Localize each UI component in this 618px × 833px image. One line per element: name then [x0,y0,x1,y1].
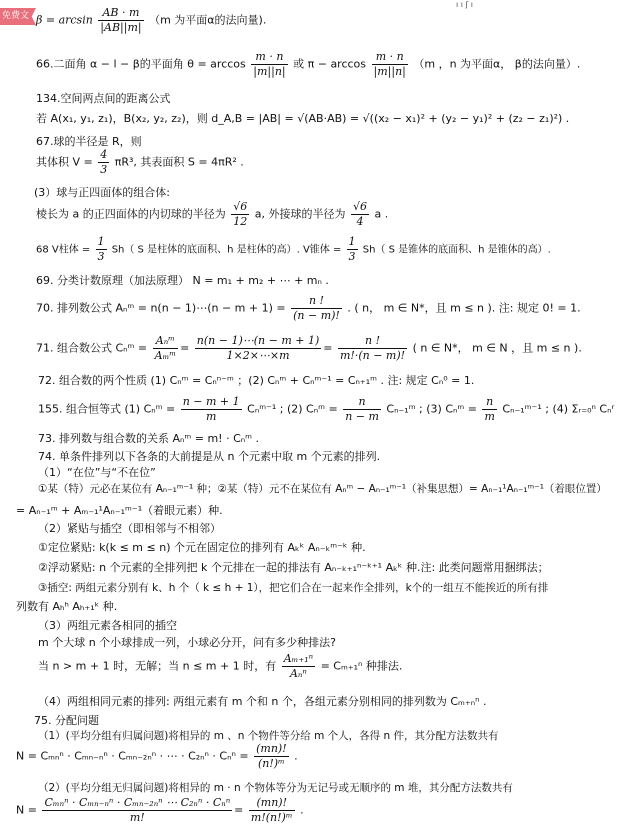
fraction: Aₘ₊₁ⁿAₙⁿ [282,652,315,681]
formula-text: 68 V柱体 = [36,245,90,256]
formula-text: 70. 排列数公式 Aₙᵐ = n(n − 1)⋯(n − m + 1) = [36,302,286,315]
formula-text: Sh（ S 是锥体的底面积、h 是锥体的高）. [363,245,551,256]
numerator: (mn)! [249,796,295,811]
formula-text: = Cₘ₊₁ⁿ 种排法. [321,660,403,673]
denominator: |m||n| [251,65,287,79]
numerator: n(n − 1)⋯(n − m + 1) [195,334,321,349]
fraction: (mn)!m!(n!)ᵐ [249,796,295,825]
fraction: √612 [231,200,249,229]
numerator: n − m + 1 [181,395,242,410]
item-74-3b: 当 n > m + 1 时，无解；当 n ≤ m + 1 时，有 Aₘ₊₁ⁿAₙ… [38,652,402,681]
numerator: 4 [98,148,109,163]
item-74-2b: ②浮动紧贴: n 个元素的全排列把 k 个元排在一起的排法有 Aₙ₋ₖ₊₁ⁿ⁻ᵏ… [38,559,549,575]
denominator: 3 [347,250,358,264]
numerator: n ! [338,334,407,349]
fraction: AₙᵐAₘᵐ [153,334,178,363]
denominator: |AB||m| [98,21,143,35]
denominator: m [181,410,242,424]
formula-text: πR³, 其表面积 S = 4πR² . [115,156,244,169]
formula-text: Cₙ₋₁ᵐ⁻¹ ; (4) Σᵣ₌₀ⁿ Cₙʳ = 2ⁿ ; [502,403,618,416]
denominator: (n!)ᵐ [254,757,289,771]
formula-text: 其体积 V = [36,156,93,169]
item-67-formula: 其体积 V = 43 πR³, 其表面积 S = 4πR² . [36,148,244,177]
item-74-1: （1）“在位”与“不在位” [38,464,156,480]
item-74-3: （3）两组元素各相同的插空 [38,617,177,633]
item-75-2: （2）(平均分组无归属问题)将相异的 m · n 个物体等分为无记号或无顺序的 … [38,780,513,795]
formula-text: β = arcsin [36,14,93,27]
denominator: 3 [96,250,107,264]
formula-text: Cₙ₋₁ᵐ ; (3) Cₙᵐ = [386,403,477,416]
section-3-title: (3）球与正四面体的组合体: [34,184,170,200]
item-155: 155. 组合恒等式 (1) Cₙᵐ = n − m + 1m Cₙᵐ⁻¹ ; … [38,395,618,424]
item-75: 75. 分配问题 [34,712,99,728]
item-74: 74. 单条件排列以下各条的大前提是从 n 个元素中取 m 个元素的排列. [38,448,380,464]
formula-text: 155. 组合恒等式 (1) Cₙᵐ = [38,403,175,416]
numerator: m · n [372,50,408,65]
formula-text: 当 n > m + 1 时，无解；当 n ≤ m + 1 时，有 [38,660,276,673]
formula-text: . [294,750,298,763]
formula-note: （m 为平面α的法向量). [149,14,266,27]
denominator: (n − m)! [291,309,342,323]
formula-text: a, 外接球的半径为 [255,208,346,221]
numerator: m · n [251,50,287,65]
formula-text: a . [375,208,389,221]
item-66: 66.二面角 α − l − β的平面角 θ = arccos m · n|m|… [36,50,580,79]
numerator: √6 [231,200,249,215]
fraction: 13 [96,235,107,264]
item-70: 70. 排列数公式 Aₙᵐ = n(n − 1)⋯(n − m + 1) = n… [36,294,581,323]
formula-text: 或 π − arccos [293,58,366,71]
numerator: Aₘ₊₁ⁿ [282,652,315,667]
formula-text: N = Cₘₙⁿ · Cₘₙ₋ₙⁿ · Cₘₙ₋₂ₙⁿ · ⋯ · C₂ₙⁿ ·… [16,750,249,763]
numerator: (mn)! [254,742,289,757]
item-74-1a: ①某（特）元必在某位有 Aₙ₋₁ᵐ⁻¹ 种；②某（特）元不在某位有 Aₙᵐ − … [38,481,607,496]
formula-text: 71. 组合数公式 Cₙᵐ = [36,342,147,355]
fraction: 13 [347,235,358,264]
item-134-title: 134.空间两点间的距离公式 [36,90,171,106]
item-74-2a: ①定位紧贴: k(k ≤ m ≤ n) 个元在固定位的排列有 Aₖᵏ Aₙ₋ₖᵐ… [38,539,366,555]
fraction: n !(n − m)! [291,294,342,323]
item-71: 71. 组合数公式 Cₙᵐ = AₙᵐAₘᵐ= n(n − 1)⋯(n − m … [36,334,582,363]
formula-text: 66.二面角 α − l − β的平面角 θ = arccos [36,58,246,71]
fraction: nm [482,395,496,424]
item-73: 73. 排列数与组合数的关系 Aₙᵐ = m! · Cₙᵐ . [38,430,259,446]
free-document-badge[interactable]: 免费文档 [0,8,36,25]
page-mark: ı ı ʃ ı [456,0,473,9]
item-68: 68 V柱体 = 13 Sh（ S 是柱体的底面积、h 是柱体的高）. V锥体 … [36,235,551,264]
numerator: 1 [96,235,107,250]
item-134-formula: 若 A(x₁, y₁, z₁)，B(x₂, y₂, z₂)，则 d_A,B = … [36,110,569,126]
formula-text: N = [16,804,37,817]
item-67-title: 67.球的半径是 R，则 [36,133,142,149]
item-74-2d: 列数有 Aₕʰ Aₕ₊₁ᵏ 种. [16,598,117,614]
item-74-2: （2）紧贴与插空（即相邻与不相邻） [38,520,221,536]
denominator: m! [42,811,232,825]
item-74-1b: = Aₙ₋₁ᵐ + Aₘ₋₁¹Aₙ₋₁ᵐ⁻¹（着眼元素）种. [16,502,223,518]
fraction: n !m!·(n − m)! [338,334,407,363]
formula-text: . [300,804,304,817]
item-75-2-formula: N = Cₘₙⁿ · Cₘₙ₋ₙⁿ · Cₘₙ₋₂ₙⁿ ⋯ C₂ₙⁿ · Cₙⁿ… [16,796,304,825]
numerator: n ! [291,294,342,309]
item-74-3a: m 个大球 n 个小球排成一列，小球必分开，问有多少种排法? [38,634,336,650]
item-75-1: （1）(平均分组有归属问题)将相异的 m 、n 个物件等分给 m 个人，各得 n… [38,728,499,743]
item-69: 69. 分类计数原理（加法原理） N = m₁ + m₂ + ⋯ + mₙ . [36,272,329,288]
denominator: Aₙⁿ [282,667,315,681]
denominator: m [482,410,496,424]
formula-note: （m ，n 为平面α， β的法向量）. [413,58,580,71]
numerator: Cₘₙⁿ · Cₘₙ₋ₙⁿ · Cₘₙ₋₂ₙⁿ ⋯ C₂ₙⁿ · Cₙⁿ [42,796,232,811]
formula-text: ( n ∈ N*， m ∈ N ，且 m ≤ n ). [413,342,582,355]
formula-text: . ( n， m ∈ N*，且 m ≤ n ). 注: 规定 0! = 1. [347,302,580,315]
denominator: Aₘᵐ [153,349,178,363]
denominator: 1×2×⋯×m [195,349,321,363]
fraction: nn − m [343,395,381,424]
fraction: m · n|m||n| [372,50,408,79]
formula-text: Sh（ S 是柱体的底面积、h 是柱体的高）. V锥体 = [112,245,342,256]
formula-line-angle-line-plane: β = arcsin AB · m|AB||m| （m 为平面α的法向量). [36,6,266,35]
formula-text: Cₙᵐ⁻¹ ; (2) Cₙᵐ = [247,403,338,416]
denominator: 4 [351,215,369,229]
denominator: m!(n!)ᵐ [249,811,295,825]
item-74-4: （4）两组相同元素的排列: 两组元素有 m 个和 n 个，各组元素分别相同的排列… [38,693,486,709]
denominator: 3 [98,163,109,177]
fraction: n(n − 1)⋯(n − m + 1)1×2×⋯×m [195,334,321,363]
fraction: AB · m|AB||m| [98,6,143,35]
item-75-1-formula: N = Cₘₙⁿ · Cₘₙ₋ₙⁿ · Cₘₙ₋₂ₙⁿ · ⋯ · C₂ₙⁿ ·… [16,742,298,771]
numerator: √6 [351,200,369,215]
denominator: 12 [231,215,249,229]
numerator: 1 [347,235,358,250]
denominator: |m||n| [372,65,408,79]
denominator: n − m [343,410,381,424]
item-74-2c: ③插空: 两组元素分别有 k、h 个（ k ≤ h + 1），把它们合在一起来作… [38,580,548,595]
denominator: m!·(n − m)! [338,349,407,363]
fraction: m · n|m||n| [251,50,287,79]
item-72: 72. 组合数的两个性质 (1) Cₙᵐ = Cₙⁿ⁻ᵐ ；(2) Cₙᵐ + … [38,372,474,388]
fraction: 43 [98,148,109,177]
formula-text: 棱长为 a 的正四面体的内切球的半径为 [36,208,226,221]
section-3-formula: 棱长为 a 的正四面体的内切球的半径为 √612 a, 外接球的半径为 √64 … [36,200,388,229]
numerator: n [482,395,496,410]
numerator: n [343,395,381,410]
fraction: √64 [351,200,369,229]
numerator: AB · m [98,6,143,21]
fraction: n − m + 1m [181,395,242,424]
fraction: (mn)!(n!)ᵐ [254,742,289,771]
fraction: Cₘₙⁿ · Cₘₙ₋ₙⁿ · Cₘₙ₋₂ₙⁿ ⋯ C₂ₙⁿ · Cₙⁿm! [42,796,232,825]
numerator: Aₙᵐ [153,334,178,349]
